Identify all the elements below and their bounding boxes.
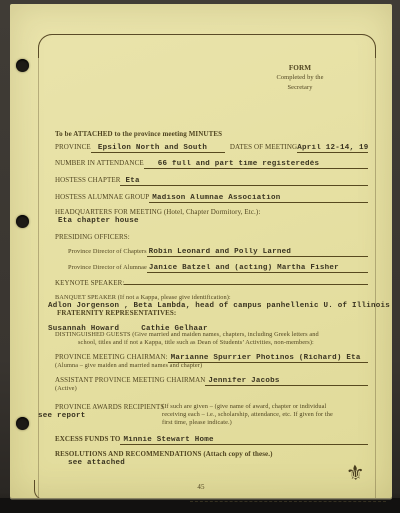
paper-edge-dashes xyxy=(190,501,386,502)
resolutions-label: RESOLUTIONS AND RECOMMENDATIONS (Attach … xyxy=(55,450,273,458)
assistant-chairman-label: ASSISTANT PROVINCE MEETING CHAIRMAN xyxy=(55,376,205,384)
excess-funds-label: EXCESS FUNDS TO xyxy=(55,435,120,443)
attach-instruction: To be ATTACHED to the province meeting M… xyxy=(55,130,222,138)
hostess-alumnae-label: HOSTESS ALUMNAE GROUP xyxy=(55,193,149,201)
keynote-speaker-label: KEYNOTE SPEAKER: xyxy=(55,279,124,287)
fraternity-representatives-label: FRATERNITY REPRESENTATIVES: xyxy=(57,309,176,317)
dates-of-meeting-label: DATES OF MEETING xyxy=(225,143,297,151)
awards-recipients-label: PROVINCE AWARDS RECIPIENTS xyxy=(55,403,164,411)
awards-instructions-line3: first time, please indicate.) xyxy=(162,419,368,426)
scanned-form-page: FORM Completed by the Secretary To be AT… xyxy=(0,0,400,513)
distinguished-guests-label-line1: DISTINGUISHED GUESTS (Give married and m… xyxy=(55,331,319,338)
attendance-value: 66 full and part time registeredés xyxy=(144,160,368,169)
form-title: FORM xyxy=(240,64,360,72)
awards-instructions-line2: receiving each – i.e., scholarship, atte… xyxy=(162,411,368,418)
field-excess-funds: EXCESS FUNDS TO Minnie Stewart Home xyxy=(55,435,368,445)
hostess-chapter-value: Eta xyxy=(120,177,368,186)
fleur-de-lis-icon: ⚜ xyxy=(345,460,365,485)
form-paper: FORM Completed by the Secretary To be AT… xyxy=(10,4,392,498)
province-meeting-chairman-label: PROVINCE MEETING CHAIRMAN: xyxy=(55,353,168,361)
director-of-chapters-value: Robin Leonard and Polly Larned xyxy=(147,248,368,257)
field-assistant-chairman: ASSISTANT PROVINCE MEETING CHAIRMAN Jenn… xyxy=(55,376,368,386)
province-value: Epsilon North and South xyxy=(91,144,225,153)
hostess-chapter-label: HOSTESS CHAPTER xyxy=(55,176,120,184)
province-meeting-chairman-note: (Alumna – give maiden and married names … xyxy=(55,362,202,369)
director-of-alumnae-label: Province Director of Alumnae xyxy=(68,264,147,271)
distinguished-guests-label-line2: school, titles and if not a Kappa, title… xyxy=(78,339,314,346)
dates-of-meeting-value: April 12-14, 1991 xyxy=(297,144,368,153)
form-border-top xyxy=(38,34,376,58)
field-director-of-alumnae: Province Director of Alumnae Janice Batz… xyxy=(68,264,368,273)
punch-hole-icon xyxy=(16,59,29,72)
punch-hole-icon xyxy=(16,215,29,228)
resolutions-value: see attached xyxy=(68,459,125,467)
headquarters-value: Eta chapter house xyxy=(58,217,139,225)
page-number: 45 xyxy=(10,483,392,491)
assistant-chairman-note: (Active) xyxy=(55,385,77,392)
field-province-dates: PROVINCE Epsilon North and South DATES O… xyxy=(55,143,368,153)
punch-hole-icon xyxy=(16,417,29,430)
form-subtitle-line2: Secretary xyxy=(240,84,360,91)
hostess-alumnae-value: Madison Alumnae Association xyxy=(149,194,368,203)
field-attendance: NUMBER IN ATTENDANCE 66 full and part ti… xyxy=(55,159,368,169)
director-of-alumnae-value: Janice Batzel and (acting) Martha Fisher xyxy=(147,264,368,273)
excess-funds-value: Minnie Stewart Home xyxy=(120,436,368,445)
field-keynote-speaker: KEYNOTE SPEAKER: xyxy=(55,279,368,287)
field-hostess-chapter: HOSTESS CHAPTER Eta xyxy=(55,176,368,186)
awards-annotation: see report xyxy=(38,412,86,420)
assistant-chairman-value: Jennifer Jacobs xyxy=(205,377,368,386)
field-director-of-chapters: Province Director of Chapters Robin Leon… xyxy=(68,248,368,257)
keynote-speaker-value xyxy=(124,284,368,285)
form-header: FORM Completed by the Secretary xyxy=(240,64,360,91)
field-hostess-alumnae: HOSTESS ALUMNAE GROUP Madison Alumnae As… xyxy=(55,193,368,203)
director-of-chapters-label: Province Director of Chapters xyxy=(68,248,147,255)
banquet-speaker-label: BANQUET SPEAKER (If not a Kappa, please … xyxy=(55,294,231,301)
presiding-officers-label: PRESIDING OFFICERS: xyxy=(55,233,130,241)
form-subtitle-line1: Completed by the xyxy=(240,74,360,81)
headquarters-label: HEADQUARTERS FOR MEETING (Hotel, Chapter… xyxy=(55,208,260,216)
awards-instructions: (If such are given – (give name of award… xyxy=(162,403,368,427)
awards-instructions-line1: (If such are given – (give name of award… xyxy=(162,403,368,410)
attendance-label: NUMBER IN ATTENDANCE xyxy=(55,159,144,167)
province-label: PROVINCE xyxy=(55,143,91,151)
